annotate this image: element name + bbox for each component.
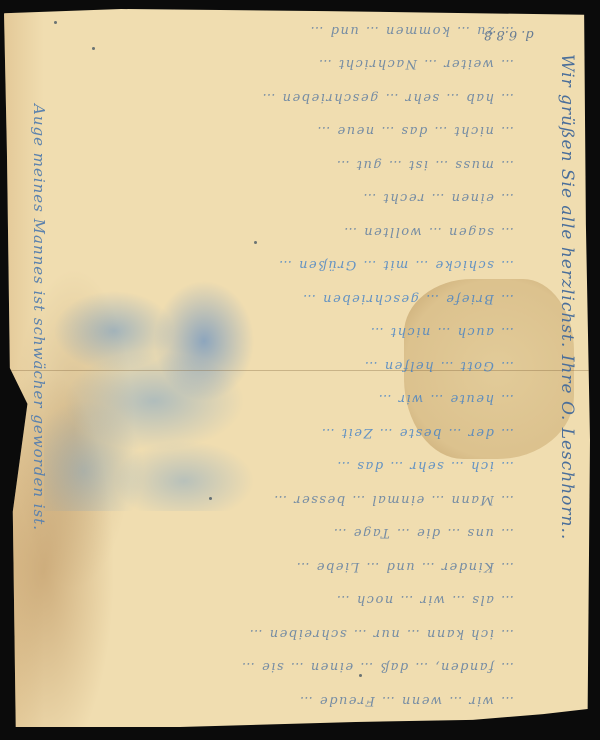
letter-line: … fanden, … daß … einen … sie … (44, 650, 514, 684)
margin-note-right: Wir grüßen Sie alle herzlichst. Ihre O. … (547, 54, 577, 694)
letter-line: … Gott … helfen … (44, 349, 514, 383)
paper-speck (359, 674, 362, 677)
letter-line: … heute … wir … (44, 382, 514, 416)
letter-line: … ich … sehr … das … (44, 449, 514, 483)
paper-speck (254, 241, 257, 244)
letter-line: … wir … wenn … Freude … (44, 684, 514, 718)
letter-line: … auch … nicht … (44, 315, 514, 349)
letter-line: … der … beste … Zeit … (44, 416, 514, 450)
letter-date: d. 6.8.8 (484, 27, 534, 42)
letter-line: … einen … recht … (44, 181, 514, 215)
letter-line: … hab … sehr … geschrieben … (44, 81, 514, 115)
letter-paper: … wir … wenn … Freude … … fanden, … daß … (4, 9, 590, 727)
letter-line: … muss … ist … gut … (44, 148, 514, 182)
letter-body: … wir … wenn … Freude … … fanden, … daß … (44, 27, 514, 717)
paper-speck (92, 47, 95, 50)
letter-line: … schicke … mit … Grüßen … (44, 248, 514, 282)
letter-line: … als … wir … noch … (44, 583, 514, 617)
letter-line: … Kinder … und … Liebe … (44, 550, 514, 584)
letter-line: … nicht … das … neue … (44, 114, 514, 148)
letter-line: … ich kann … nur … schreiben … (44, 617, 514, 651)
paper-speck (54, 21, 57, 24)
margin-note-left: Auge meines Mannes ist schwächer geworde… (18, 104, 48, 724)
letter-line: … uns … die … Tage … (44, 516, 514, 550)
letter-line: … weiter … Nachricht … (44, 47, 514, 81)
letter-line: … Briefe … geschrieben … (44, 282, 514, 316)
letter-line: … zu … kommen … und … (44, 14, 514, 48)
letter-line: … Mann … einmal … besser … (44, 483, 514, 517)
paper-speck (209, 497, 212, 500)
document-scan: … wir … wenn … Freude … … fanden, … daß … (0, 0, 600, 740)
letter-line: … sagen … wollten … (44, 215, 514, 249)
